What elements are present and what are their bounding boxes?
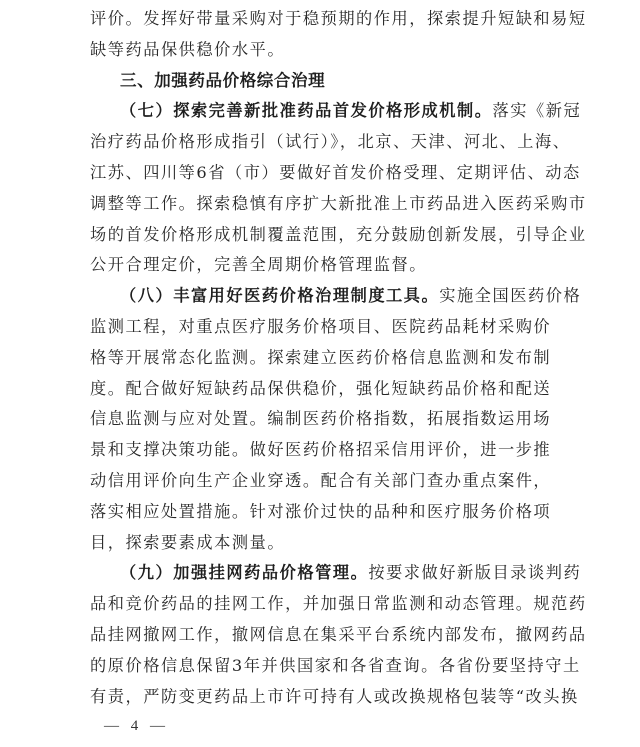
body-line: 调整等工作。探索稳慎有序扩大新批准上市药品进入医药采购市 [90, 189, 560, 220]
body-line: 场的首发价格形成机制覆盖范围，充分鼓励创新发展，引导企业 [90, 220, 560, 251]
paragraph-text: 按要求做好新版目录谈判药 [368, 563, 581, 582]
section-heading: 三、加强药品价格综合治理 [90, 66, 560, 97]
body-line: 景和支撑决策功能。做好医药价格招采信用评价，进一步推 [90, 435, 560, 466]
body-line: 品和竞价药品的挂网工作，并加强日常监测和动态管理。规范药 [90, 589, 560, 620]
body-line: 有责，严防变更药品上市许可持有人或改换规格包装等“改头换 [90, 682, 560, 713]
paragraph-subhead: （七）探索完善新批准药品首发价格形成机制。 [120, 101, 493, 120]
body-line: 公开合理定价，完善全周期价格管理监督。 [90, 250, 560, 281]
body-line: 评价。发挥好带量采购对于稳预期的作用，探索提升短缺和易短 [90, 4, 560, 35]
body-line: 缺等药品保供稳价水平。 [90, 35, 560, 66]
paragraph-9-start: （九）加强挂网药品价格管理。按要求做好新版目录谈判药 [90, 558, 560, 589]
page-number: — 4 — [104, 718, 169, 735]
body-line: 江苏、四川等6省（市）要做好首发价格受理、定期评估、动态 [90, 158, 560, 189]
paragraph-subhead: （八）丰富用好医药价格治理制度工具。 [120, 286, 439, 305]
paragraph-7-start: （七）探索完善新批准药品首发价格形成机制。落实《新冠 [90, 96, 560, 127]
paragraph-text: 实施全国医药价格 [439, 286, 581, 305]
document-page: 评价。发挥好带量采购对于稳预期的作用，探索提升短缺和易短 缺等药品保供稳价水平。… [90, 4, 560, 712]
paragraph-8-start: （八）丰富用好医药价格治理制度工具。实施全国医药价格 [90, 281, 560, 312]
paragraph-subhead: （九）加强挂网药品价格管理。 [120, 563, 368, 582]
body-line: 度。配合做好短缺药品保供稳价，强化短缺药品价格和配送 [90, 374, 560, 405]
body-line: 信息监测与应对处置。编制医药价格指数，拓展指数运用场 [90, 404, 560, 435]
body-line: 治疗药品价格形成指引（试行）》，北京、天津、河北、上海、 [90, 127, 560, 158]
body-line: 格等开展常态化监测。探索建立医药价格信息监测和发布制 [90, 343, 560, 374]
body-line: 的原价格信息保留3年并供国家和各省查询。各省份要坚持守土 [90, 651, 560, 682]
body-line: 动信用评价向生产企业穿透。配合有关部门查办重点案件， [90, 466, 560, 497]
paragraph-text: 落实《新冠 [493, 101, 582, 120]
body-line: 落实相应处置措施。针对涨价过快的品种和医疗服务价格项 [90, 497, 560, 528]
body-line: 目，探索要素成本测量。 [90, 528, 560, 559]
body-line: 品挂网撤网工作，撤网信息在集采平台系统内部发布，撤网药品 [90, 620, 560, 651]
body-line: 监测工程，对重点医疗服务价格项目、医院药品耗材采购价 [90, 312, 560, 343]
